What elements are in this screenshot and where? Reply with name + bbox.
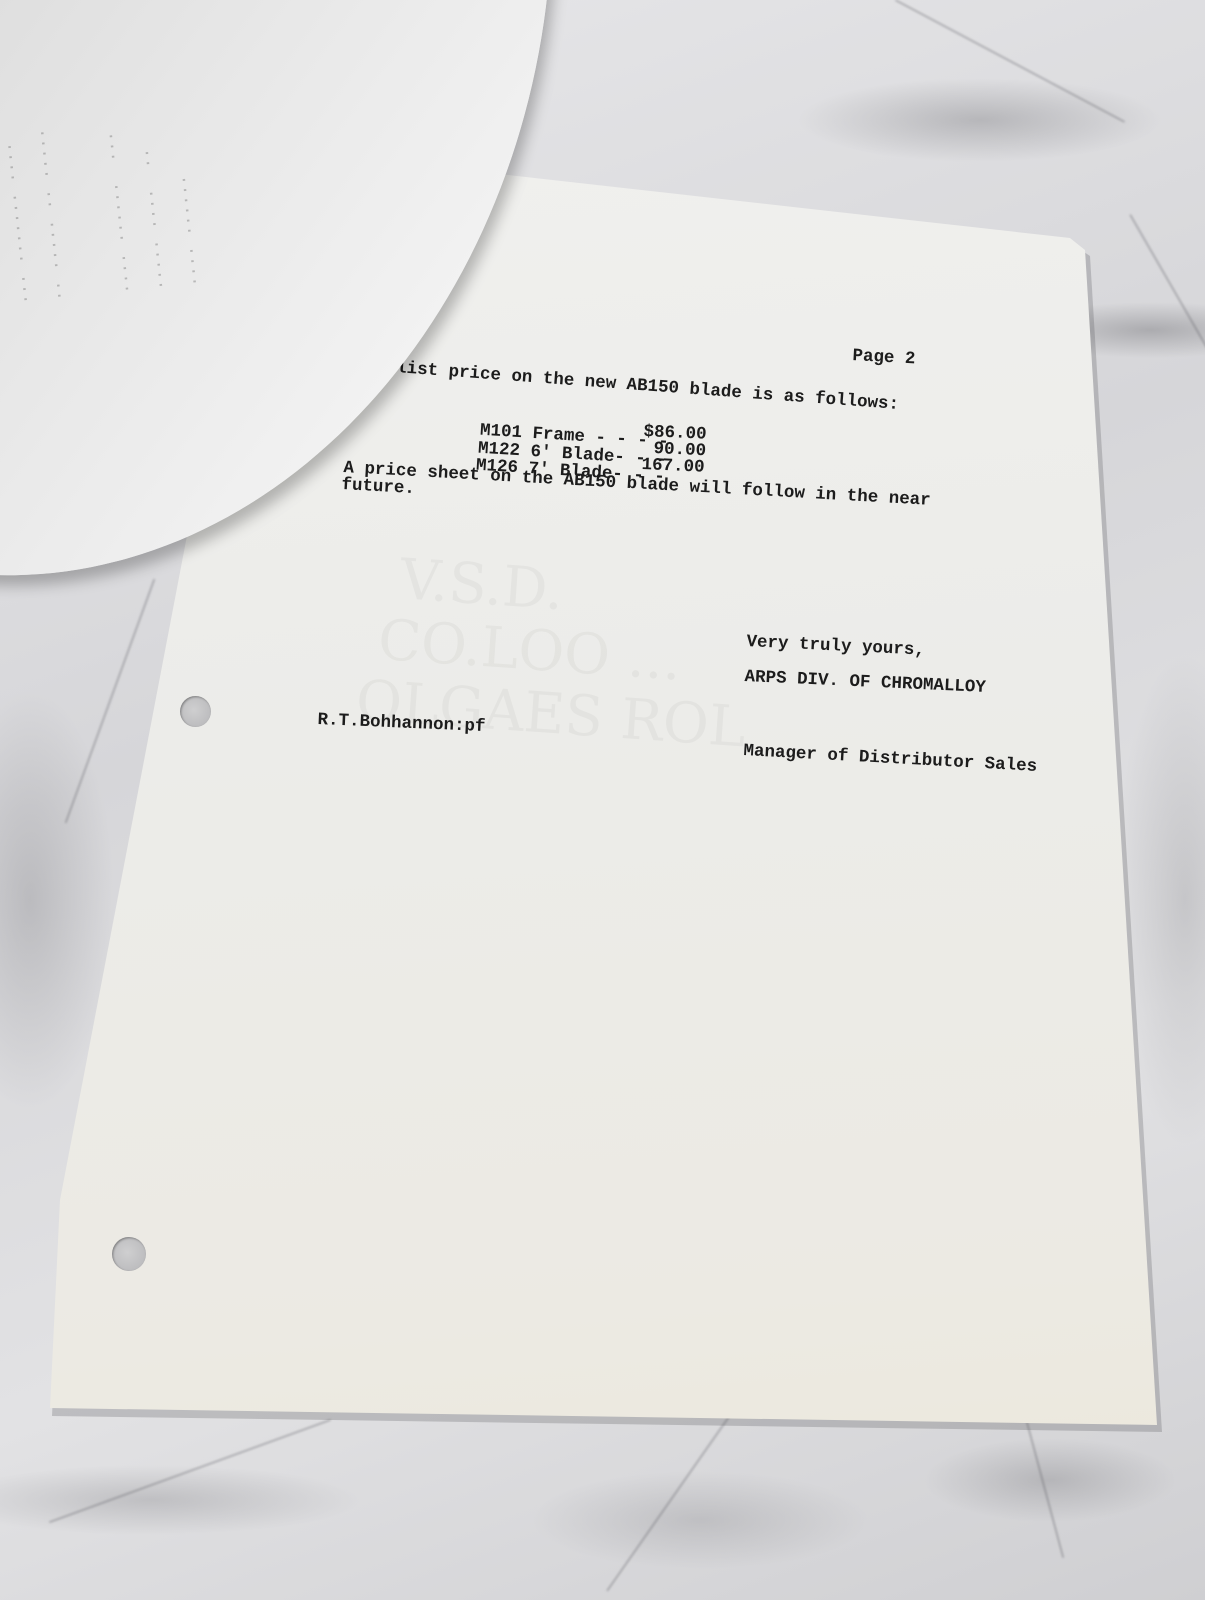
page-number: Page 2 xyxy=(852,346,916,369)
company-name: ARPS DIV. OF CHROMALLOY xyxy=(744,667,986,698)
followup-line-2: future. xyxy=(341,475,416,499)
mirrored-bleed-text: .... ...... ..... .... .. .... ...... ..… xyxy=(0,102,214,310)
intro-sentence: The list price on the new AB150 blade is… xyxy=(354,355,900,415)
signer-title: Manager of Distributor Sales xyxy=(743,741,1038,777)
closing: Very truly yours, xyxy=(746,632,925,661)
typist-initials: R.T.Bohhannon:pf xyxy=(317,710,486,737)
